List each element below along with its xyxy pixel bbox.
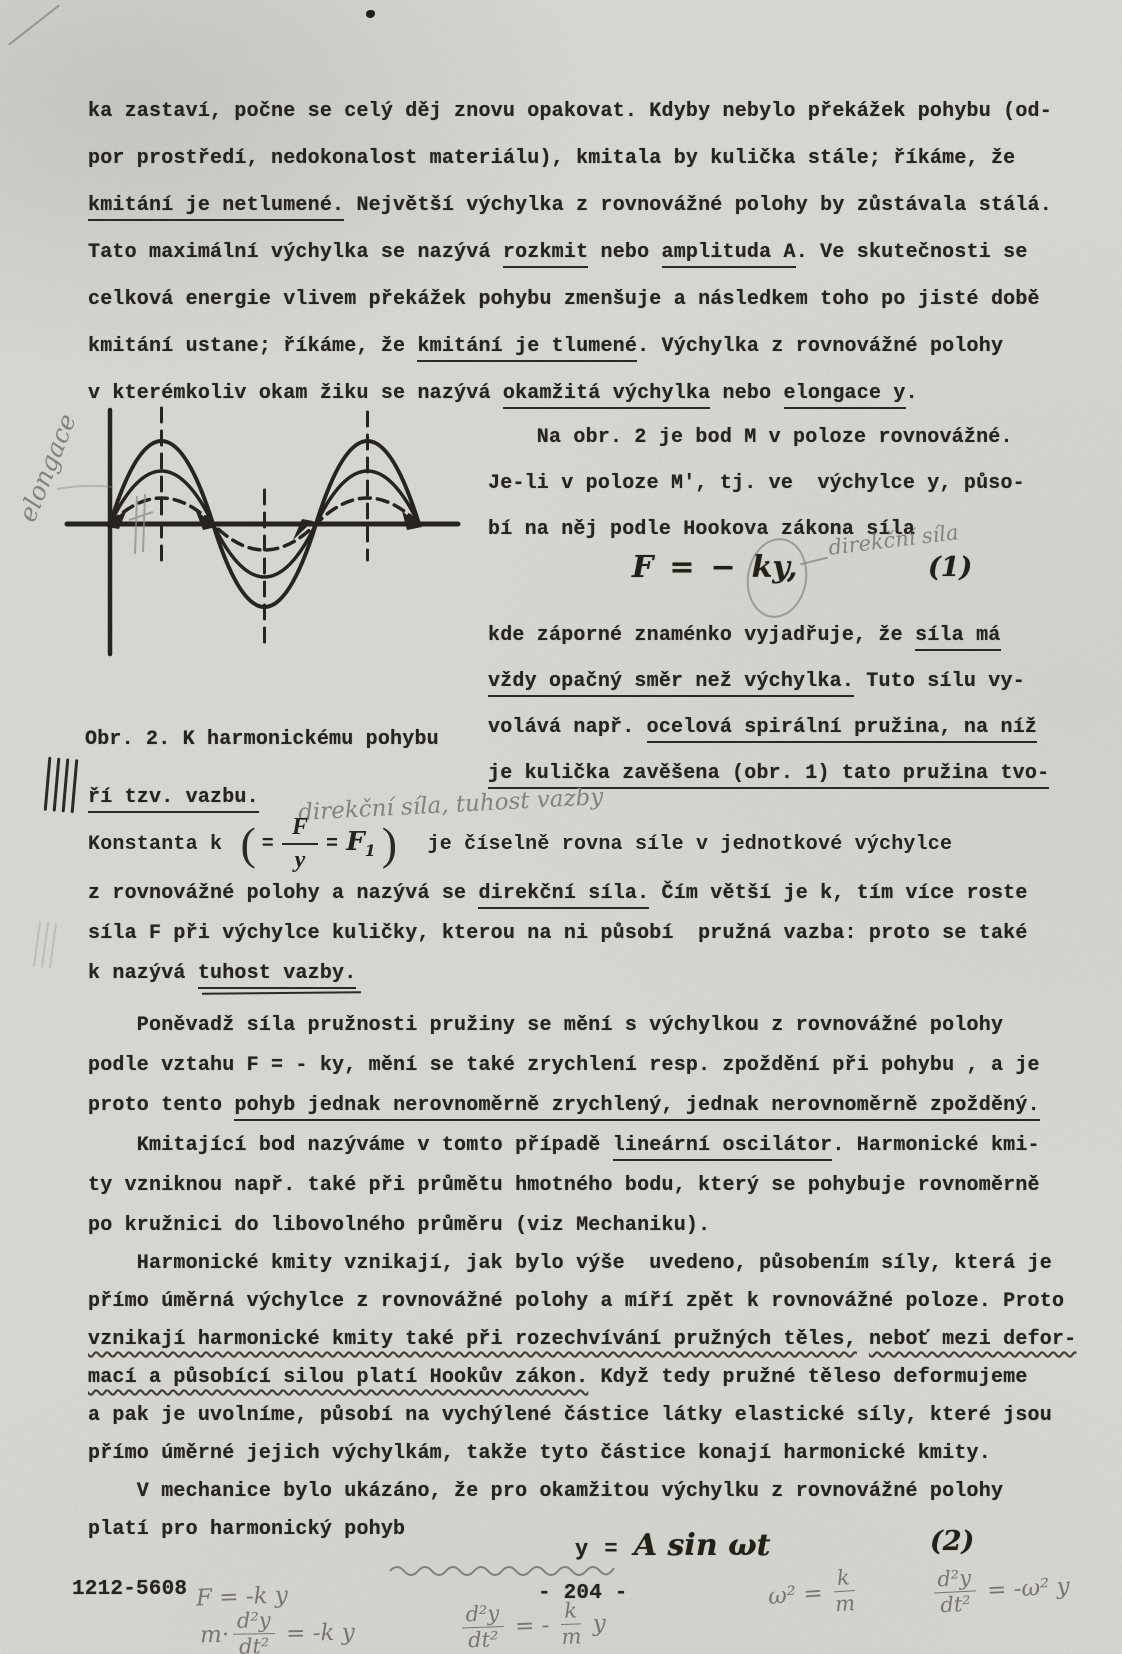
text-segment: Tuto sílu vy- — [854, 670, 1025, 693]
text-segment: z rovnovážné polohy a nazývá se — [88, 882, 478, 905]
text-segment: celková energie vlivem překážek pohybu z… — [88, 288, 1040, 311]
text-segment: por prostředí, nedokonalost materiálu), … — [88, 147, 1015, 170]
text-segment: platí pro harmonický pohyb — [88, 1518, 405, 1541]
text-segment: přímo úměrná výchylce z rovnovážné poloh… — [88, 1290, 1064, 1313]
text-segment: V mechanice bylo ukázáno, že pro okamžit… — [88, 1480, 1003, 1503]
formula-1-minus: − — [710, 550, 735, 585]
hand-text: = -ω² y — [979, 1573, 1070, 1604]
hand-text: F = -k y — [196, 1582, 289, 1611]
body-line: z rovnovážné polohy a nazývá se direkční… — [88, 880, 1028, 907]
body-line: kde záporné znaménko vyjadřuje, že síla … — [488, 622, 1001, 649]
hand-formula: d²ydt² = -ω² y — [933, 1562, 1071, 1616]
text-segment: podle vztahu F = - ky, mění se také zryc… — [88, 1054, 1040, 1077]
body-line: přímo úměrné jejich výchylkám, takže tyt… — [88, 1440, 991, 1467]
text-segment: Když tedy pružné těleso deformujeme — [588, 1366, 1027, 1389]
text-segment: . Výchylka z rovnovážné polohy — [637, 335, 1003, 358]
figure-obr2-sine-waves — [55, 392, 465, 682]
fraction-F-over-y: F y — [282, 814, 318, 874]
konstanta-prefix: Konstanta k — [88, 833, 234, 856]
underlined-text: okamžitá výchylka — [503, 382, 710, 409]
text-segment: Čím větší je k, tím více roste — [649, 882, 1027, 905]
body-line: podle vztahu F = - ky, mění se také zryc… — [88, 1052, 1040, 1079]
text-segment: a pak je uvolníme, působí na vychýlené č… — [88, 1404, 1052, 1427]
formula-2: y = A sin ωt — [575, 1528, 771, 1563]
body-line: V mechanice bylo ukázáno, že pro okamžit… — [88, 1478, 1003, 1505]
hand-text: = - — [507, 1612, 557, 1640]
body-line: ří tzv. vazbu. — [88, 784, 259, 811]
text-segment: ka zastaví, počne se celý děj znovu opak… — [88, 100, 1052, 123]
underlined-text: direkční síla. — [478, 882, 649, 909]
body-line: celková energie vlivem překážek pohybu z… — [88, 286, 1040, 313]
body-line: por prostředí, nedokonalost materiálu), … — [88, 145, 1015, 172]
text-segment: proto tento — [88, 1094, 234, 1117]
body-line: Kmitající bod nazýváme v tomto případě l… — [88, 1132, 1040, 1159]
konstanta-math-line: Konstanta k ( = F y = F1 ) je číselně ro… — [88, 814, 952, 874]
text-segment: Harmonické kmity vznikají, jak bylo výše… — [88, 1252, 1052, 1275]
body-line: Harmonické kmity vznikají, jak bylo výše… — [88, 1250, 1052, 1277]
text-segment: Největší výchylka z rovnovážné polohy by… — [344, 194, 1052, 217]
text-segment: síla F při výchylce kuličky, kterou na n… — [88, 922, 1028, 945]
hand-text: y — [585, 1610, 606, 1637]
underlined-text: kmitání je tlumené — [417, 335, 637, 362]
body-line: vznikají harmonické kmity také při rozec… — [88, 1326, 1076, 1353]
text-segment: přímo úměrné jejich výchylkám, takže tyt… — [88, 1442, 991, 1465]
text-segment: . Ve skutečnosti se — [796, 241, 1028, 264]
underlined-text: vznikají harmonické kmity také při rozec… — [88, 1328, 857, 1351]
document-number: 1212-5608 — [72, 1576, 187, 1603]
hand-formula: m·d²ydt² = -k y — [200, 1609, 356, 1654]
pencil-scribble — [57, 486, 153, 554]
text-segment: ty vzniknou např. také při průmětu hmotn… — [88, 1174, 1040, 1197]
underlined-text: mací a působící silou platí Hookův zákon… — [88, 1366, 588, 1389]
formula-1-number: (1) — [928, 552, 972, 583]
text-segment: kde záporné znaménko vyjadřuje, že — [488, 624, 915, 647]
body-line: ty vzniknou např. také při průmětu hmotn… — [88, 1172, 1040, 1199]
underlined-text: vždy opačný směr než výchylka. — [488, 670, 854, 697]
underlined-text: tuhost vazby. — [198, 962, 357, 989]
open-paren: ( — [240, 821, 255, 867]
text-segment: Je-li v poloze M', tj. ve výchylce y, pů… — [488, 472, 1025, 495]
fraction-denominator: y — [295, 845, 306, 874]
margin-tally-marks — [44, 757, 79, 813]
body-line: platí pro harmonický pohyb — [88, 1516, 405, 1543]
body-line: Na obr. 2 je bod M v poloze rovnovážné. — [488, 424, 1013, 451]
hand-text: = -k y — [279, 1619, 355, 1646]
text-segment: nebo — [710, 382, 783, 405]
formula-1-F: F — [632, 550, 653, 585]
underlined-text: pohyb jednak nerovnoměrně zrychlený, jed… — [234, 1094, 1039, 1121]
body-line: volává např. ocelová spirální pružina, n… — [488, 714, 1037, 741]
formula-2-Asinwt: A sin ωt — [634, 1528, 771, 1563]
underlined-text: ří tzv. vazbu. — [88, 786, 259, 813]
body-line: ka zastaví, počne se celý děj znovu opak… — [88, 98, 1052, 125]
hand-formula: F = -k y — [196, 1582, 289, 1611]
equals: = — [262, 833, 274, 856]
body-line: Tato maximální výchylka se nazývá rozkmi… — [88, 239, 1028, 266]
underlined-text: lineární oscilátor — [613, 1134, 833, 1161]
text-segment: kmitání ustane; říkáme, že — [88, 335, 417, 358]
close-paren: ) — [382, 821, 397, 867]
konstanta-suffix: je číselně rovna síle v jednotkové výchy… — [403, 833, 952, 856]
body-line: síla F při výchylce kuličky, kterou na n… — [88, 920, 1028, 947]
body-line: k nazývá tuhost vazby. — [88, 960, 356, 987]
body-line: kmitání je netlumené. Největší výchylka … — [88, 192, 1052, 219]
underlined-text: neboť mezi defor- — [869, 1328, 1076, 1351]
underlined-text: kmitání je netlumené. — [88, 194, 344, 221]
body-line: a pak je uvolníme, působí na vychýlené č… — [88, 1402, 1052, 1429]
hand-formula: ω² = km — [766, 1567, 856, 1620]
underlined-text: elongace y — [784, 382, 906, 409]
body-line: proto tento pohyb jednak nerovnoměrně zr… — [88, 1092, 1040, 1119]
text-segment: Tato maximální výchylka se nazývá — [88, 241, 503, 264]
underlined-text: rozkmit — [503, 241, 588, 268]
equals: = — [326, 833, 338, 856]
text-segment: Na obr. 2 je bod M v poloze rovnovážné. — [488, 426, 1013, 449]
hand-formula: d²ydt² = - km y — [461, 1600, 606, 1652]
text-segment: nebo — [588, 241, 661, 264]
body-line: Poněvadž síla pružnosti pružiny se mění … — [88, 1012, 1003, 1039]
formula-1-eq: = — [669, 550, 694, 585]
text-segment: volává např. — [488, 716, 647, 739]
hand-text: ω² = — [767, 1579, 831, 1609]
fraction-numerator: F — [282, 814, 318, 845]
text-segment — [857, 1328, 869, 1351]
figure-caption: Obr. 2. K harmonickému pohybu — [85, 726, 439, 753]
pencil-squiggle — [388, 1562, 628, 1578]
body-line: je kulička zavěšena (obr. 1) tato pružin… — [488, 760, 1049, 787]
formula-2-eq: = — [604, 1536, 617, 1563]
body-line: Je-li v poloze M', tj. ve výchylce y, pů… — [488, 470, 1025, 497]
text-segment: . Harmonické kmi- — [832, 1134, 1039, 1157]
underlined-text: síla má — [915, 624, 1000, 651]
formula-2-number: (2) — [930, 1526, 974, 1557]
hand-fraction: d²ydt² — [233, 1610, 276, 1654]
elongace-pointer-line — [57, 486, 113, 489]
hand-fraction: d²ydt² — [933, 1567, 977, 1616]
margin-pencil-hatch — [33, 921, 57, 969]
hand-fraction: km — [560, 1600, 582, 1648]
text-segment: po kružnici do libovolného průměru (viz … — [88, 1214, 710, 1237]
formula-2-y: y — [575, 1536, 588, 1563]
underlined-text: amplituda A — [662, 241, 796, 268]
pencil-circle-around-k — [741, 534, 813, 622]
hand-fraction: d²ydt² — [461, 1603, 504, 1651]
hand-text: m· — [200, 1621, 230, 1648]
text-segment: Poněvadž síla pružnosti pružiny se mění … — [88, 1014, 1003, 1037]
F1-symbol: F1 — [346, 827, 376, 860]
corner-crease — [8, 5, 60, 46]
underlined-text: ocelová spirální pružina, na níž — [647, 716, 1037, 743]
body-line: přímo úměrná výchylce z rovnovážné poloh… — [88, 1288, 1064, 1315]
body-line: mací a působící silou platí Hookův zákon… — [88, 1364, 1028, 1391]
ink-speck — [366, 10, 375, 18]
text-segment: Kmitající bod nazýváme v tomto případě — [88, 1134, 613, 1157]
body-line: vždy opačný směr než výchylka. Tuto sílu… — [488, 668, 1025, 695]
text-segment: k nazývá — [88, 962, 198, 985]
body-line: po kružnici do libovolného průměru (viz … — [88, 1212, 710, 1239]
body-line: kmitání ustane; říkáme, že kmitání je tl… — [88, 333, 1003, 360]
text-segment: . — [906, 382, 918, 405]
scanned-textbook-page: { "page": { "para1": { "lines": [ [{"t":… — [0, 0, 1122, 1654]
hand-fraction: km — [832, 1567, 856, 1615]
